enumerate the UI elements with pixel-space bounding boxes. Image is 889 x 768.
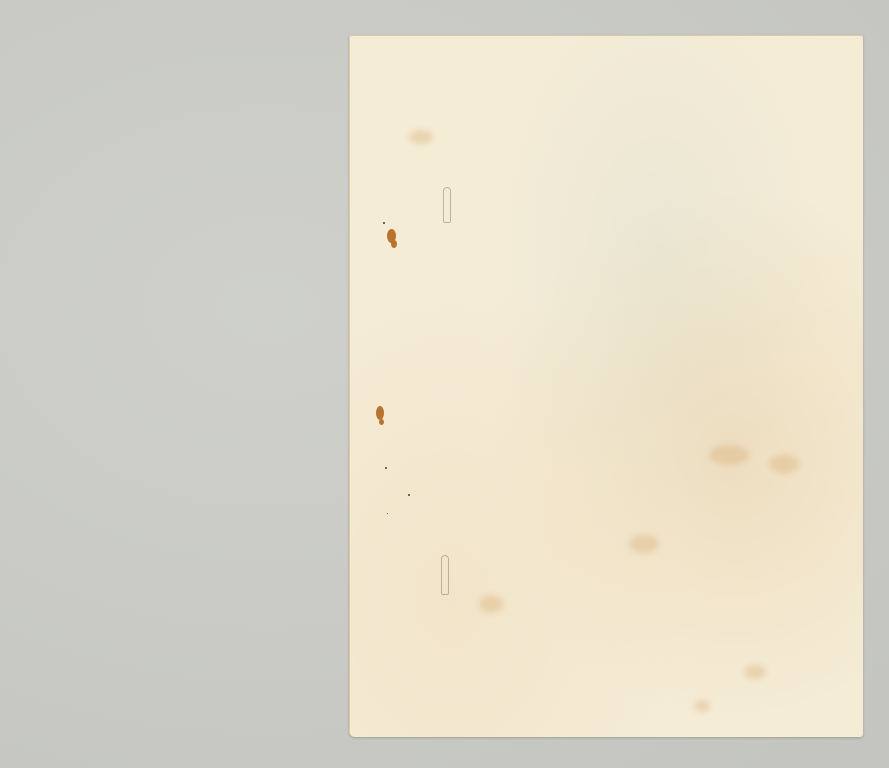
- pencil-mark-upper: [443, 187, 451, 223]
- speck: [387, 513, 388, 514]
- foxing: [769, 455, 799, 473]
- paper-sheet: [349, 35, 863, 737]
- rust-stain-middle: [376, 406, 384, 420]
- foxing: [744, 665, 766, 679]
- foxing: [694, 700, 710, 712]
- rust-stain-middle-2: [379, 419, 384, 425]
- foxing: [629, 535, 659, 553]
- speck: [383, 222, 385, 224]
- speck: [408, 494, 410, 496]
- rust-stain-upper-2: [391, 240, 397, 248]
- pencil-mark-lower: [441, 555, 449, 595]
- foxing: [409, 130, 433, 144]
- foxing: [479, 595, 503, 613]
- foxing: [709, 445, 749, 465]
- speck: [385, 467, 387, 469]
